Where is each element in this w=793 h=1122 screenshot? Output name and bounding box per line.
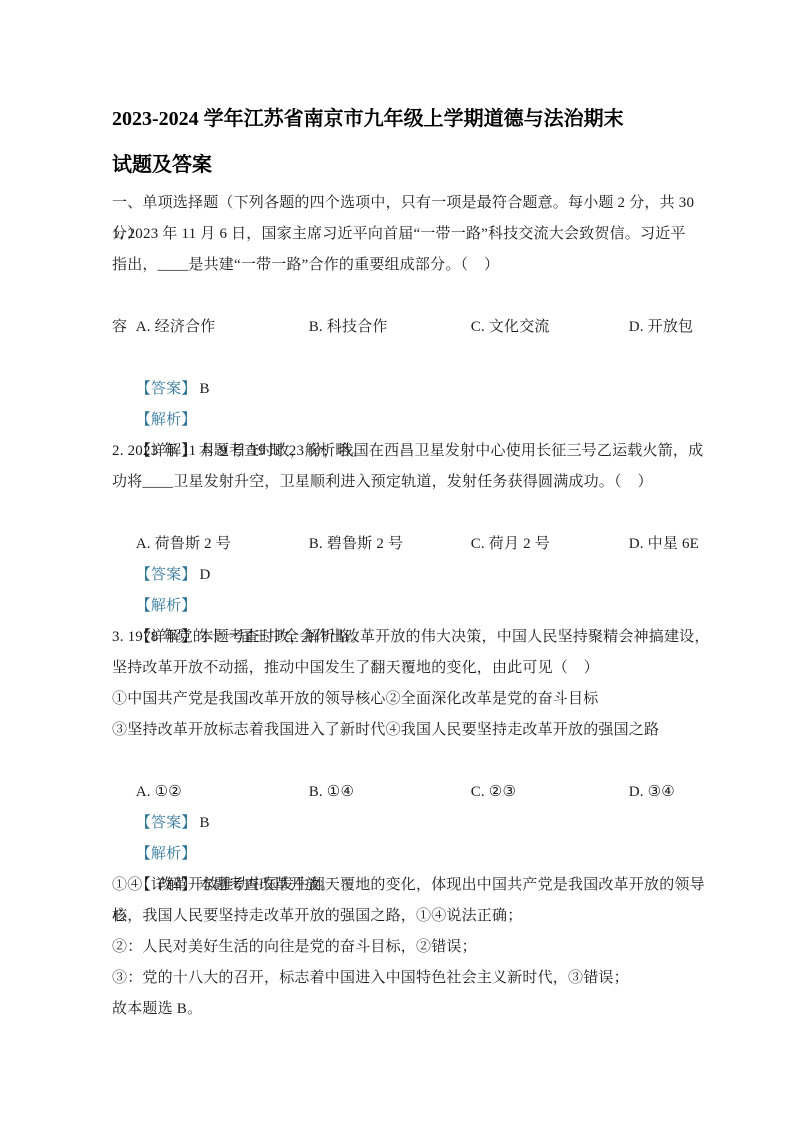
document-page: 2023-2024 学年江苏省南京市九年级上学期道德与法治期末 试题及答案 一、… — [0, 0, 793, 1122]
doc-title-line-2: 试题及答案 — [112, 142, 710, 188]
answer-label: 【答案】 — [136, 381, 197, 397]
question-1-answer-line: 【答案】B — [112, 343, 710, 374]
question-3-explanation-line-3: ②：人民对美好生活的向往是党的奋斗目标，②错误； — [112, 932, 710, 963]
question-3-detail-line: 【详解】本题考查改革开放。 — [112, 839, 710, 870]
answer-value: B — [200, 381, 210, 397]
question-3-option-c: C. ②③ — [471, 777, 629, 808]
question-3-stem-line-1: 3. 1978 年党的十一届三中全会作出改革开放的伟大决策，中国人民坚持聚精会神… — [112, 622, 710, 653]
answer-value: D — [200, 567, 211, 583]
document-content: 2023-2024 学年江苏省南京市九年级上学期道德与法治期末 试题及答案 一、… — [0, 0, 793, 1025]
question-3-statement-line-1: ①中国共产党是我国改革开放的领导核心②全面深化改革是党的奋斗目标 — [112, 684, 710, 715]
question-2-options-row: A. 荷鲁斯 2 号B. 碧鲁斯 2 号C. 荷月 2 号D. 中星 6E — [112, 498, 710, 529]
question-1-options-row: A. 经济合作B. 科技合作C. 文化交流D. 开放包 — [112, 281, 710, 312]
question-2-stem-line-2: 功将____卫星发射升空，卫星顺利进入预定轨道，发射任务获得圆满成功。（ ） — [112, 467, 710, 498]
question-3-explanation-line-2: 心，我国人民要坚持走改革开放的强国之路，①④说法正确； — [112, 901, 710, 932]
question-2-option-d: D. 中星 6E — [629, 529, 699, 560]
question-1-stem-line-1: 1. 2023 年 11 月 6 日，国家主席习近平向首届“一带一路”科技交流大… — [112, 219, 710, 250]
doc-title-line-1: 2023-2024 学年江苏省南京市九年级上学期道德与法治期末 — [112, 96, 710, 142]
question-3-option-a: A. ①② — [136, 777, 309, 808]
question-2-option-a: A. 荷鲁斯 2 号 — [136, 529, 309, 560]
analysis-label: 【解析】 — [136, 412, 197, 428]
question-3-option-d: D. ③④ — [629, 777, 675, 808]
question-3-statement-line-2: ③坚持改革开放标志着我国进入了新时代④我国人民要坚持走改革开放的强国之路 — [112, 715, 710, 746]
question-2-option-b: B. 碧鲁斯 2 号 — [309, 529, 471, 560]
question-1-option-b: B. 科技合作 — [309, 312, 471, 343]
question-3-stem-line-2: 坚持改革开放不动摇，推动中国发生了翻天覆地的变化，由此可见（ ） — [112, 653, 710, 684]
doc-title: 2023-2024 学年江苏省南京市九年级上学期道德与法治期末 试题及答案 — [112, 96, 710, 188]
question-2-option-c: C. 荷月 2 号 — [471, 529, 629, 560]
answer-label: 【答案】 — [136, 567, 197, 583]
question-3-conclusion-line: 故本题选 B。 — [112, 994, 710, 1025]
question-1-detail-line: 【详解】本题考查时政，解析略。 — [112, 405, 710, 436]
question-2-detail-line: 【详解】本题考查时政，解析略。 — [112, 591, 710, 622]
question-2-stem-line-1: 2. 2023 年 11 月 9 日 19 时 23 分，我国在西昌卫星发射中心… — [112, 436, 710, 467]
question-1-option-a: A. 经济合作 — [136, 312, 309, 343]
question-1-option-d: D. 开放包 — [629, 312, 694, 343]
analysis-label: 【解析】 — [136, 846, 197, 862]
question-1-option-c: C. 文化交流 — [471, 312, 629, 343]
question-3-option-b: B. ①④ — [309, 777, 471, 808]
question-3-explanation-line-1: ①④：改革开放推动中国发生翻天覆地的变化，体现出中国共产党是我国改革开放的领导核 — [112, 870, 710, 901]
question-1-stem-line-2: 指出，____是共建“一带一路”合作的重要组成部分。（ ） — [112, 250, 710, 281]
section-heading: 一、单项选择题（下列各题的四个选项中，只有一项是最符合题意。每小题 2 分，共 … — [112, 188, 710, 219]
answer-value: B — [200, 815, 210, 831]
analysis-label: 【解析】 — [136, 598, 197, 614]
question-3-options-row: A. ①②B. ①④C. ②③D. ③④ — [112, 746, 710, 777]
answer-label: 【答案】 — [136, 815, 197, 831]
question-3-explanation-line-4: ③：党的十八大的召开，标志着中国进入中国特色社会主义新时代，③错误； — [112, 963, 710, 994]
